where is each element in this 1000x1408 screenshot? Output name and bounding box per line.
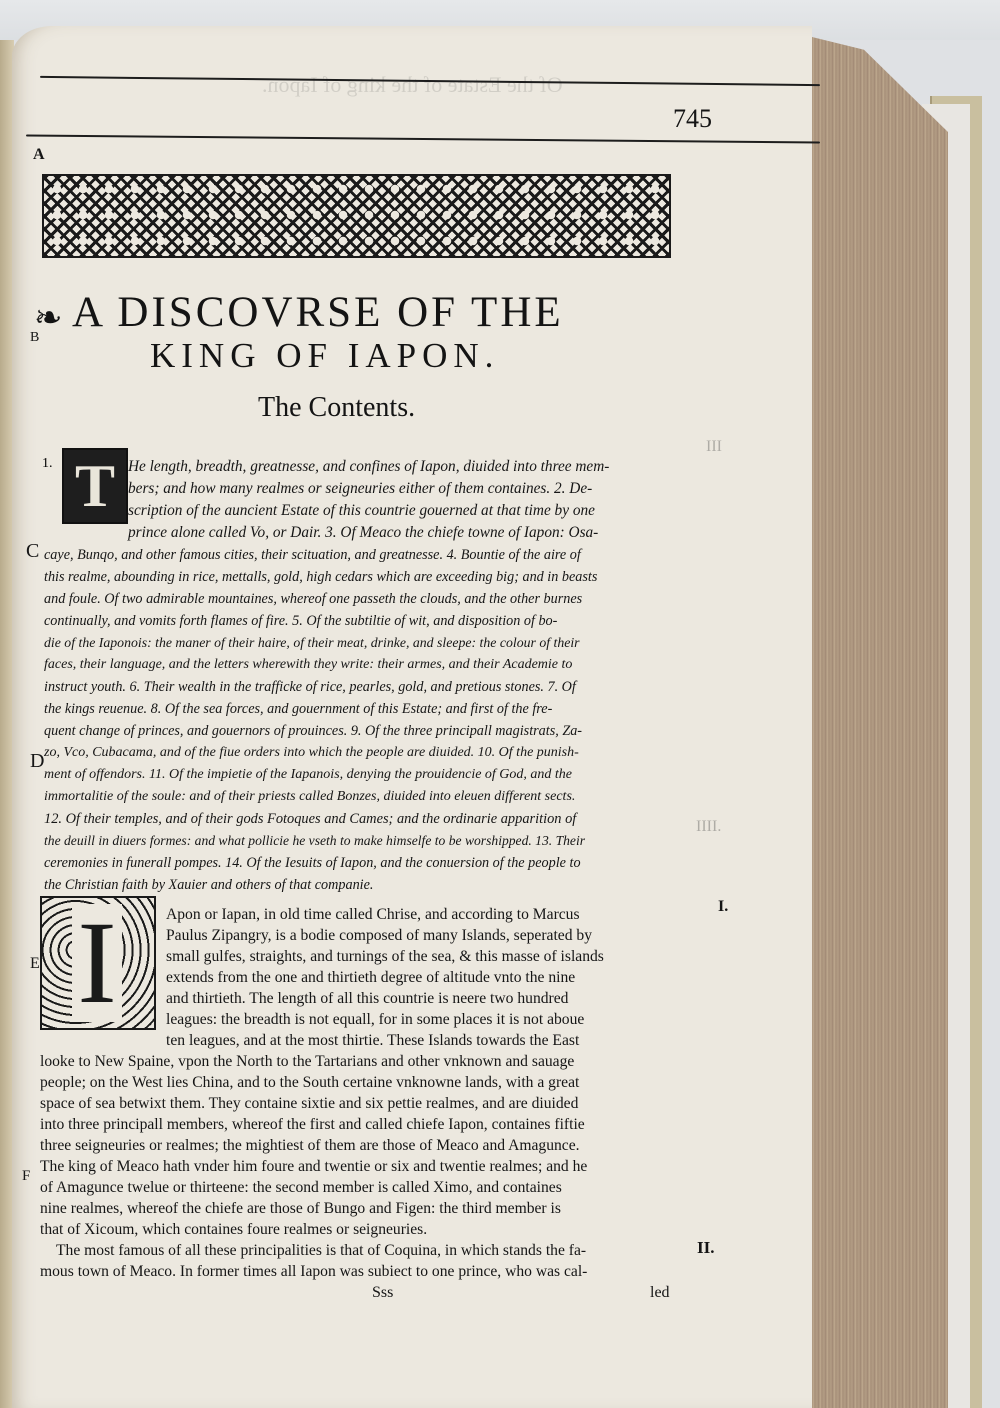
margin-note-i: I. (718, 898, 728, 916)
showthrough-header: Of the Estate of the king of Iapon. (262, 72, 563, 98)
body-line: Apon or Iapan, in old time called Chrise… (166, 904, 580, 926)
body-line: extends from the one and thirtieth degre… (166, 967, 575, 989)
body-line: mous town of Meaco. In former times all … (40, 1261, 587, 1283)
signature-mark-e: E (30, 955, 40, 973)
contents-line: ment of offendors. 11. Of the impietie o… (44, 764, 572, 786)
catchword: led (650, 1284, 670, 1302)
header-rule-bottom (26, 135, 820, 144)
contents-line: 12. Of their temples, and of their gods … (44, 808, 576, 830)
contents-line: caye, Bunqo, and other famous cities, th… (44, 544, 581, 566)
body-line: Paulus Zipangry, is a bodie composed of … (166, 925, 592, 947)
body-line: that of Xicoum, which containes foure re… (40, 1219, 427, 1241)
contents-dropcap: T (62, 448, 128, 524)
title-line-1: A DISCOVRSE OF THE (72, 288, 672, 337)
contents-line: instruct youth. 6. Their wealth in the t… (44, 676, 576, 698)
body-line: The king of Meaco hath vnder him foure a… (40, 1156, 587, 1178)
body-line: into three principall members, whereof t… (40, 1114, 585, 1136)
contents-line: zo, Vco, Cubacama, and of the fiue order… (44, 742, 579, 764)
body-line: people; on the West lies China, and to t… (40, 1072, 579, 1094)
contents-line: continually, and vomits forth flames of … (44, 610, 557, 632)
body-line: small gulfes, straights, and turnings of… (166, 946, 604, 968)
body-line: three seigneuries or realmes; the mighti… (40, 1135, 580, 1157)
body-line: of Amagunce twelue or thirteene: the sec… (40, 1177, 562, 1199)
ornamental-headpiece (42, 174, 671, 258)
body-line: and thirtieth. The length of all this co… (166, 988, 568, 1010)
page-block-fore-edge (808, 36, 948, 1408)
signature-footer: Sss (372, 1284, 393, 1302)
body-line: leagues: the breadth is not equall, for … (166, 1009, 584, 1031)
signature-mark-f: F (22, 1168, 30, 1185)
body-line: nine realmes, whereof the chiefe are tho… (40, 1198, 561, 1220)
contents-heading: The Contents. (258, 392, 415, 424)
contents-line: prince alone called Vo, or Dair. 3. Of M… (128, 522, 598, 544)
contents-line: die of the Iaponois: the maner of their … (44, 632, 580, 654)
fleuron-icon: ❧ (34, 298, 63, 338)
body-line: ten leagues, and at the most thirtie. Th… (166, 1030, 579, 1052)
contents-line: and foule. Of two admirable mountaines, … (44, 588, 582, 610)
contents-line: the deuill in diuers formes: and what po… (44, 830, 585, 852)
signature-mark-c: C (26, 540, 39, 563)
body-line: looke to New Spaine, vpon the North to t… (40, 1051, 574, 1073)
contents-line: scription of the auncient Estate of this… (128, 500, 595, 522)
body-line: The most famous of all these principalit… (56, 1240, 586, 1262)
title-line-2: KING OF IAPON. (150, 336, 610, 376)
body-dropcap: I (40, 896, 156, 1030)
page-number: 745 (673, 104, 712, 134)
body-line: space of sea betwixt them. They containe… (40, 1093, 578, 1115)
contents-line: bers; and how many realmes or seigneurie… (128, 478, 592, 500)
contents-line: the kings reuenue. 8. Of the sea forces,… (44, 698, 552, 720)
signature-mark-d: D (30, 750, 44, 773)
contents-line: ceremonies in funerall pompes. 14. Of th… (44, 852, 581, 874)
signature-mark-a: A (33, 146, 45, 164)
contents-line: faces, their language, and the letters w… (44, 654, 572, 676)
contents-line: He length, breadth, greatnesse, and conf… (128, 456, 609, 478)
showthrough-margin-note: IIII. (696, 818, 721, 836)
margin-note-ii: II. (697, 1238, 714, 1258)
contents-number: 1. (42, 456, 53, 472)
contents-line: quent change of princes, and gouernors o… (44, 720, 582, 742)
contents-line: the Christian faith by Xauier and others… (44, 874, 373, 896)
showthrough-margin-note: III (706, 438, 722, 456)
contents-line: this realme, abounding in rice, mettalls… (44, 566, 597, 588)
contents-line: immortalitie of the soule: and of their … (44, 786, 575, 808)
